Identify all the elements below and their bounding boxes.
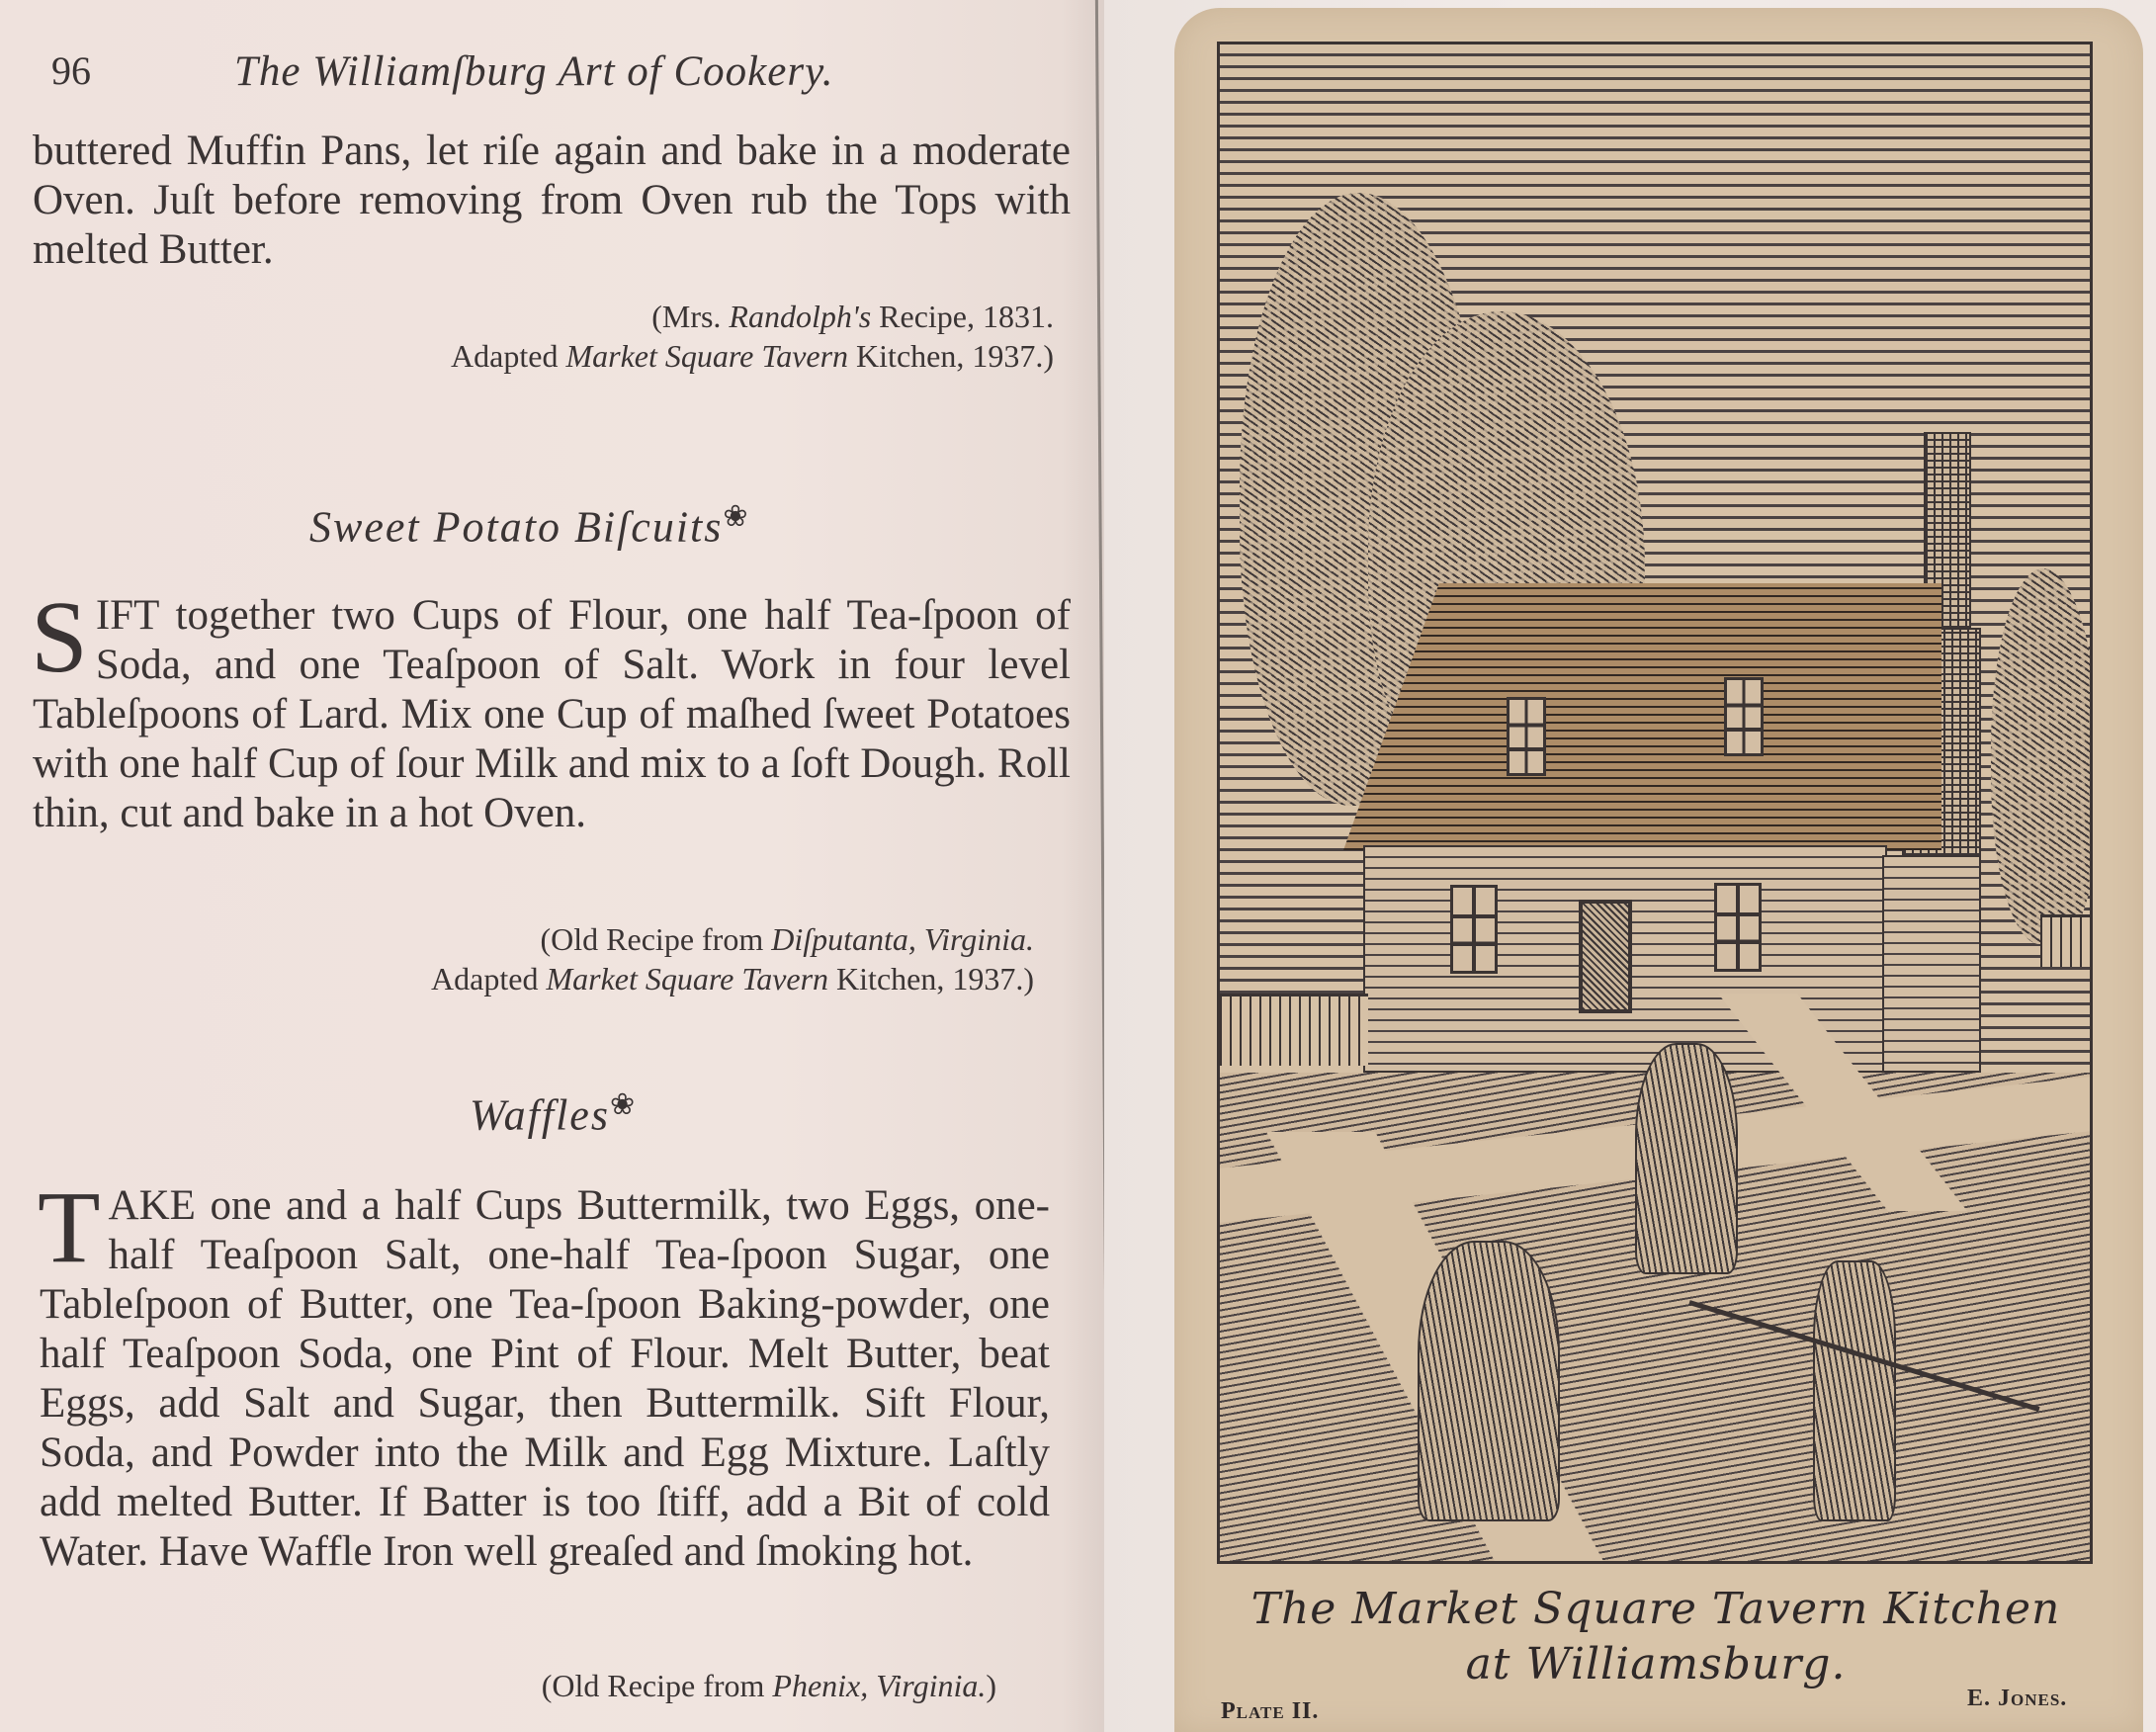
house-window xyxy=(1714,883,1762,972)
fence-right xyxy=(2040,914,2093,967)
recipe-attribution-waffles: (Old Recipe from Phenix, Virginia.) xyxy=(542,1666,996,1705)
attribution-line: Adapted Market Square Tavern Kitchen, 19… xyxy=(431,959,1034,998)
running-title: The Williamſburg Art of Cookery. xyxy=(234,47,834,96)
attribution-line: Adapted Market Square Tavern Kitchen, 19… xyxy=(451,336,1054,376)
plate-caption: The Market Square Tavern Kitchen at Will… xyxy=(1236,1582,2076,1692)
flower-dingbat-icon: ❀ xyxy=(723,500,749,533)
house-roof xyxy=(1343,583,1941,850)
recipe-attribution-sweet-potato-biscuits: (Old Recipe from Diſputanta, Virginia. A… xyxy=(431,919,1034,998)
plate-artist: E. Jones. xyxy=(1967,1686,2067,1712)
recipe-title-waffles: Waffles❀ xyxy=(470,1087,637,1141)
drop-cap: T xyxy=(38,1187,101,1268)
plate-number: Plate II. xyxy=(1221,1698,1319,1725)
plate-caption-line: at Williamsburg. xyxy=(1236,1637,2076,1692)
attribution-line: (Mrs. Randolph's Recipe, 1831. xyxy=(451,297,1054,336)
house-window xyxy=(1450,885,1498,974)
dormer-window xyxy=(1507,697,1546,776)
flower-dingbat-icon: ❀ xyxy=(610,1088,637,1121)
recipe-title-sweet-potato-biscuits: Sweet Potato Biſcuits❀ xyxy=(309,499,750,553)
figure-man-with-rake xyxy=(1813,1260,1896,1521)
figure-woman-background xyxy=(1635,1043,1738,1274)
attribution-line: (Old Recipe from Phenix, Virginia.) xyxy=(542,1666,996,1705)
house-side-wall xyxy=(1882,855,1981,1073)
dormer-window xyxy=(1724,677,1764,756)
drop-cap: S xyxy=(31,597,88,678)
continuation-attribution: (Mrs. Randolph's Recipe, 1831. Adapted M… xyxy=(451,297,1054,376)
continuation-text: buttered Muffin Pans, let riſe again and… xyxy=(33,127,1071,275)
page-number: 96 xyxy=(51,47,91,94)
left-page: 96 The Williamſburg Art of Cookery. butt… xyxy=(0,0,1105,1732)
house-door xyxy=(1579,900,1632,1013)
recipe-body-waffles: TAKE one and a half Cups Buttermilk, two… xyxy=(40,1181,1050,1577)
attribution-line: (Old Recipe from Diſputanta, Virginia. xyxy=(431,919,1034,959)
engraving-illustration xyxy=(1217,42,2093,1564)
fence-left xyxy=(1220,994,1368,1066)
tree-right xyxy=(1991,568,2093,944)
figure-woman-foreground xyxy=(1418,1241,1560,1521)
plate-caption-line: The Market Square Tavern Kitchen xyxy=(1236,1582,2076,1637)
recipe-body-sweet-potato-biscuits: SIFT together two Cups of Flour, one hal… xyxy=(33,591,1071,838)
